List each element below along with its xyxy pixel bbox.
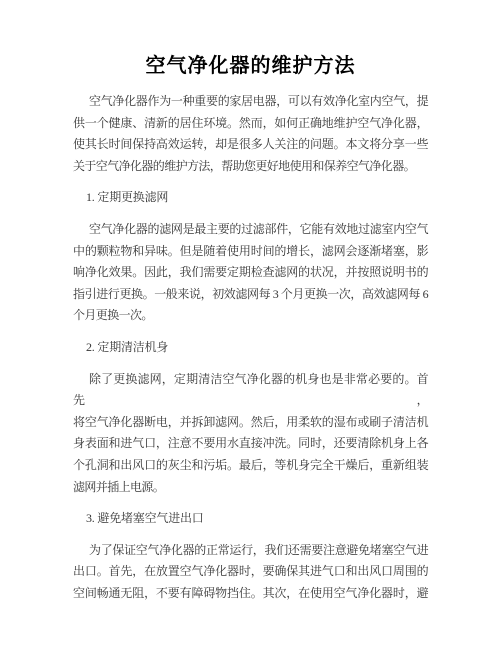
document-title: 空气净化器的维护方法	[73, 52, 428, 80]
text-line: 关于空气净化器的维护方法，帮助您更好地使用和保养空气净化器。	[73, 156, 428, 178]
paragraph: 空气净化器作为一种重要的家居电器，可以有效净化室内空气，提供一个健康、清新的居住…	[73, 91, 428, 177]
text-line: 空间畅通无阻，不要有障碍物挡住。其次，在使用空气净化器时，避	[73, 583, 428, 605]
paragraph: 为了保证空气净化器的正常运行，我们还需要注意避免堵塞空气进出口。首先，在放置空气…	[73, 540, 428, 605]
text-line: 身表面和进气口，注意不要用水直接冲洗。同时，还要清除机身上各	[73, 433, 428, 455]
text-line: 空气净化器的滤网是最主要的过滤部件，它能有效地过滤室内空气	[73, 219, 428, 241]
text-line: 使其长时间保持高效运转，却是很多人关注的问题。本文将分享一些	[73, 134, 428, 156]
section-heading: 1. 定期更换滤网	[73, 187, 428, 209]
section-heading: 2. 定期清洁机身	[73, 337, 428, 359]
document-body: 空气净化器的维护方法空气净化器作为一种重要的家居电器，可以有效净化室内空气，提供…	[73, 52, 428, 604]
text-line: 除了更换滤网，定期清洁空气净化器的机身也是非常必要的。首先，	[73, 369, 428, 412]
text-line: 为了保证空气净化器的正常运行，我们还需要注意避免堵塞空气进	[73, 540, 428, 562]
text-line: 出口。首先，在放置空气净化器时，要确保其进气口和出风口周围的	[73, 561, 428, 583]
text-line: 空气净化器作为一种重要的家居电器，可以有效净化室内空气，提	[73, 91, 428, 113]
text-line: 个月更换一次。	[73, 305, 428, 327]
document-page: 空气净化器的维护方法空气净化器作为一种重要的家居电器，可以有效净化室内空气，提供…	[0, 0, 502, 649]
section-heading: 3. 避免堵塞空气进出口	[73, 508, 428, 530]
text-line: 供一个健康、清新的居住环境。然而，如何正确地维护空气净化器，	[73, 113, 428, 135]
text-line: 滤网并插上电源。	[73, 477, 428, 499]
text-line: 指引进行更换。一般来说，初效滤网每 3 个月更换一次，高效滤网每 6	[73, 284, 428, 306]
paragraph: 空气净化器的滤网是最主要的过滤部件，它能有效地过滤室内空气中的颗粒物和异味。但是…	[73, 219, 428, 327]
text-line: 个孔洞和出风口的灰尘和污垢。最后，等机身完全干燥后，重新组装	[73, 455, 428, 477]
paragraph: 除了更换滤网，定期清洁空气净化器的机身也是非常必要的。首先，将空气净化器断电，并…	[73, 369, 428, 499]
text-line: 中的颗粒物和异味。但是随着使用时间的增长，滤网会逐渐堵塞，影	[73, 241, 428, 263]
text-line: 响净化效果。因此，我们需要定期检查滤网的状况，并按照说明书的	[73, 262, 428, 284]
text-line: 将空气净化器断电，并拆卸滤网。然后，用柔软的湿布或刷子清洁机	[73, 412, 428, 434]
